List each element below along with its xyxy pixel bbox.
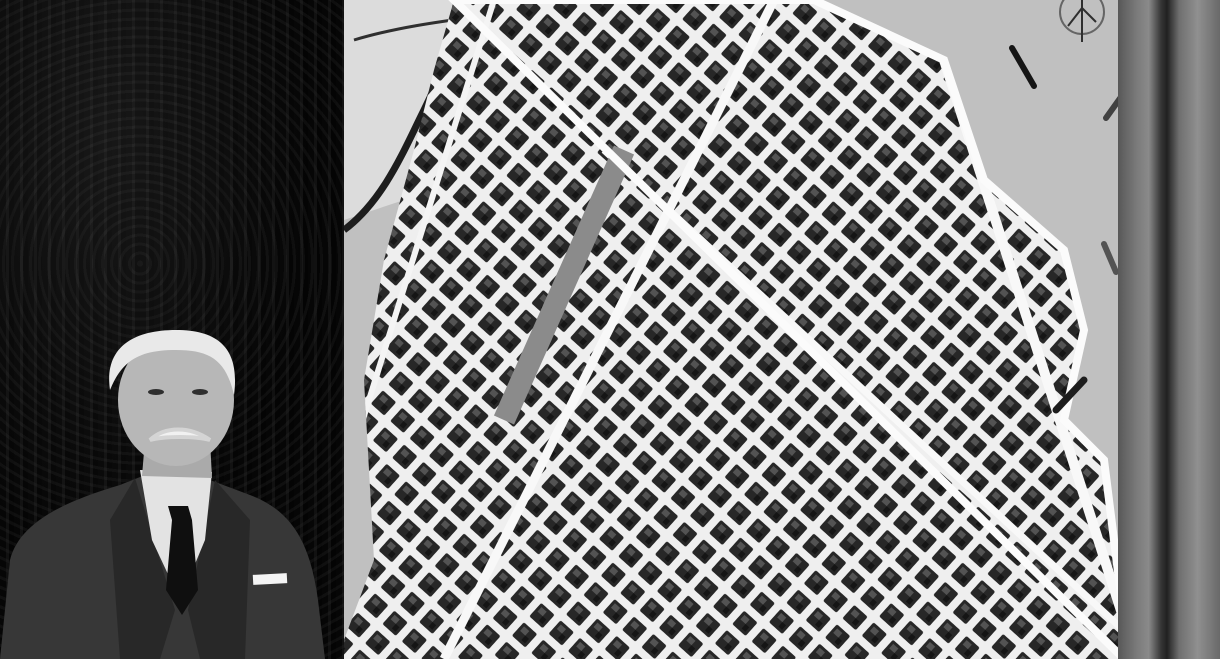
photograph [0, 0, 1220, 659]
right-eye [192, 389, 208, 395]
pocket-square [253, 573, 287, 585]
left-eye [148, 389, 164, 395]
man-portrait [0, 0, 1220, 659]
